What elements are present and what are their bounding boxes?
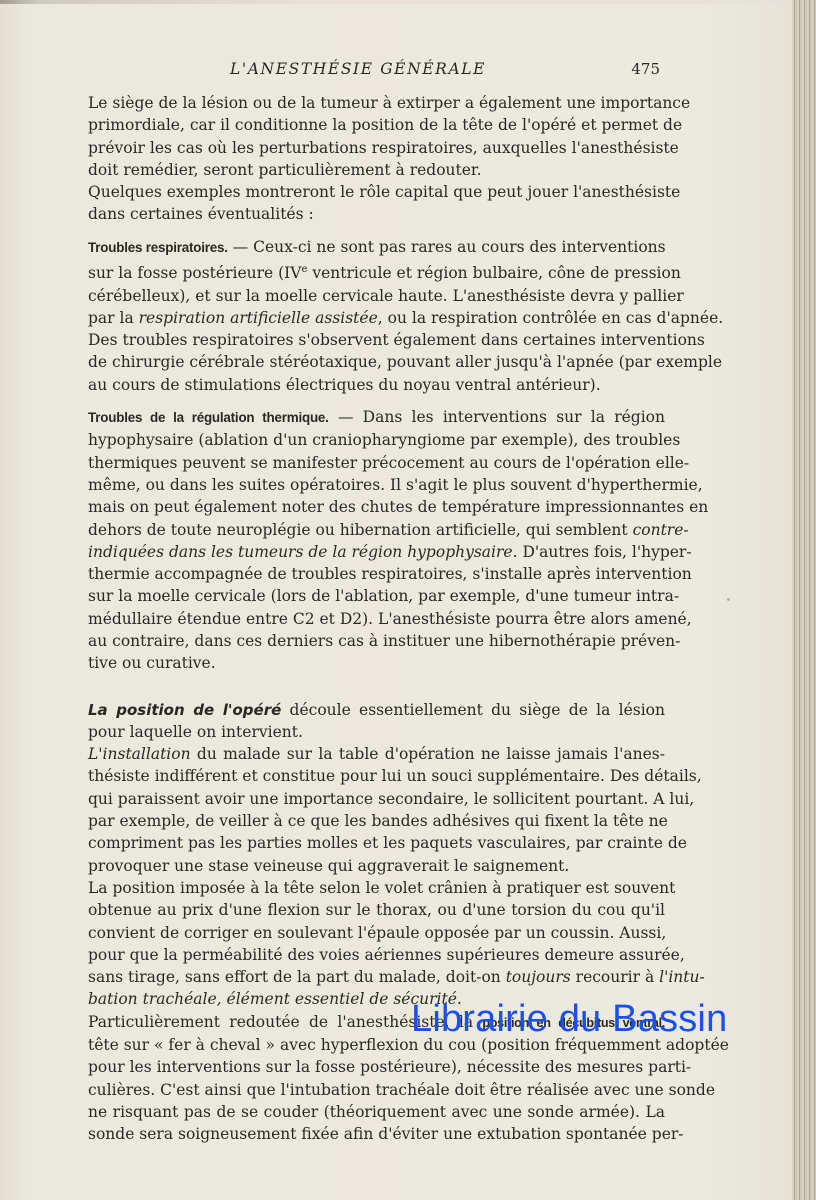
text-fragment: du malade sur la table d'opération ne la… <box>191 745 665 763</box>
text-fragment: D'autres fois, l'hyper- <box>518 543 692 561</box>
text-fragment: par la <box>88 309 139 327</box>
paragraph-installation: L'installation du malade sur la table d'… <box>88 743 665 877</box>
text-line: au contraire, dans ces derniers cas à in… <box>88 630 665 652</box>
italic-term: contre- <box>633 521 689 539</box>
paragraph-position-opere: La position de l'opéré découle essentiel… <box>88 699 665 744</box>
text-line: Quelques exemples montreront le rôle cap… <box>88 181 665 203</box>
text-line: dans certaines éventualités : <box>88 203 665 225</box>
text-line: convient de corriger en soulevant l'épau… <box>88 922 665 944</box>
text-line: hypophysaire (ablation d'un craniopharyn… <box>88 429 665 451</box>
runin-heading: Troubles respiratoires. <box>88 240 228 255</box>
text-line: sur la moelle cervicale (lors de l'ablat… <box>88 585 665 607</box>
paragraph-exemples: Quelques exemples montreront le rôle cap… <box>88 181 665 226</box>
text-line: qui paraissent avoir une importance seco… <box>88 788 665 810</box>
paragraph-regulation-thermique: Troubles de la régulation thermique. — D… <box>88 406 665 675</box>
running-header: L'ANESTHÉSIE GÉNÉRALE 475 <box>88 60 662 84</box>
text-fragment: découle essentiellement du siège de la l… <box>281 701 665 719</box>
text-line: Le siège de la lésion ou de la tumeur à … <box>88 92 665 114</box>
page-stack-edges <box>792 0 816 1200</box>
text-line: au cours de stimulations électriques du … <box>88 374 665 396</box>
italic-term: indiquées dans les tumeurs de la région … <box>88 543 518 561</box>
previous-page-edge <box>0 0 816 4</box>
runin-heading: Troubles de la régulation thermique. <box>88 410 329 425</box>
text-fragment: — Dans les interventions sur la région <box>329 408 665 426</box>
text-line: provoquer une stase veineuse qui aggrave… <box>88 855 665 877</box>
text-line: thermiques peuvent se manifester précoce… <box>88 452 665 474</box>
running-title: L'ANESTHÉSIE GÉNÉRALE <box>230 60 486 78</box>
text-line: par exemple, de veiller à ce que les ban… <box>88 810 665 832</box>
text-line: même, ou dans les suites opératoires. Il… <box>88 474 665 496</box>
watermark-text: Librairie du Bassin <box>411 998 727 1041</box>
text-line: prévoir les cas où les perturbations res… <box>88 137 665 159</box>
paragraph-siege-lesion: Le siège de la lésion ou de la tumeur à … <box>88 92 665 181</box>
text-line: pour que la perméabilité des voies aérie… <box>88 944 665 966</box>
text-fragment: ventricule et région bulbaire, cône de p… <box>307 264 680 282</box>
text-fragment: sur la fosse postérieure (IV <box>88 264 301 282</box>
italic-term: toujours <box>506 968 571 986</box>
italic-term: l'intu- <box>659 968 705 986</box>
text-fragment: recourir à <box>571 968 659 986</box>
text-line: thermie accompagnée de troubles respirat… <box>88 563 665 585</box>
italic-term: L'installation <box>88 745 191 763</box>
paper-speck <box>727 598 730 601</box>
text-line: Des troubles respiratoires s'observent é… <box>88 329 665 351</box>
text-line: obtenue au prix d'une flexion sur le tho… <box>88 899 665 921</box>
page-number: 475 <box>631 60 660 78</box>
paragraph-position-tete: La position imposée à la tête selon le v… <box>88 877 665 1011</box>
text-line: pour laquelle on intervient. <box>88 721 665 743</box>
italic-term: respiration artificielle assistée <box>139 309 378 327</box>
section-lead: La position de l'opéré <box>88 701 281 719</box>
text-line: compriment pas les parties molles et les… <box>88 832 665 854</box>
text-line: mais on peut également noter des chutes … <box>88 496 665 518</box>
text-line: ne risquant pas de se couder (théoriquem… <box>88 1101 665 1123</box>
text-fragment: sans tirage, sans effort de la part du m… <box>88 968 506 986</box>
text-fragment: dehors de toute neuroplégie ou hibernati… <box>88 521 633 539</box>
text-line: sonde sera soigneusement fixée afin d'év… <box>88 1123 665 1145</box>
text-line: primordiale, car il conditionne la posit… <box>88 114 665 136</box>
text-line: doit remédier, seront particulièrement à… <box>88 159 665 181</box>
text-line: culières. C'est ainsi que l'intubation t… <box>88 1079 665 1101</box>
text-line: pour les interventions sur la fosse post… <box>88 1056 665 1078</box>
body-text: Le siège de la lésion ou de la tumeur à … <box>88 92 665 1146</box>
text-line: thésiste indifférent et constitue pour l… <box>88 765 665 787</box>
text-line: La position imposée à la tête selon le v… <box>88 877 665 899</box>
text-line: médullaire étendue entre C2 et D2). L'an… <box>88 608 665 630</box>
text-line: de chirurgie cérébrale stéréotaxique, po… <box>88 351 665 373</box>
paragraph-troubles-respiratoires: Troubles respiratoires. — Ceux-ci ne son… <box>88 236 665 396</box>
text-fragment: — Ceux-ci ne sont pas rares au cours des… <box>228 238 666 256</box>
text-line: tive ou curative. <box>88 652 665 674</box>
text-fragment: , ou la respiration contrôlée en cas d'a… <box>378 309 723 327</box>
text-line: cérébelleux), et sur la moelle cervicale… <box>88 285 665 307</box>
